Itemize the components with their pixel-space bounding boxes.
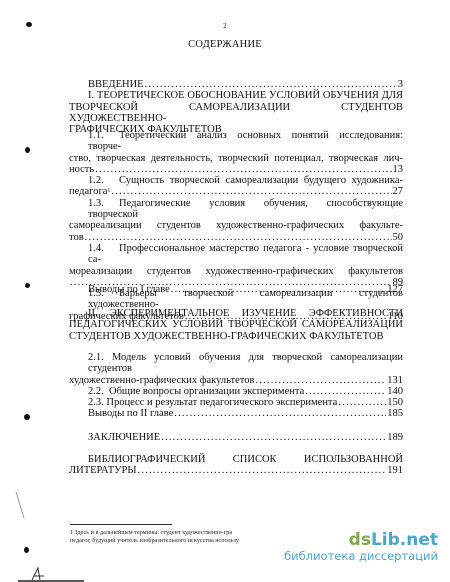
toc-entry-2-1-line1: 2.1. Модель условий обучения для творчес…: [69, 352, 403, 375]
scan-scribble-icon: [0, 492, 90, 582]
toc-entry-introduction: ВВЕДЕНИЕ3: [69, 79, 403, 90]
toc-entry-1-4-line2: мореализации студентов художественно-гра…: [69, 266, 403, 277]
footnote-line2: педагог, будущий учитель изобразительног…: [70, 537, 265, 545]
toc-block-conclusion: ЗАКЛЮЧЕНИЕ189: [69, 432, 403, 443]
page-ref: 3: [398, 79, 403, 90]
toc-block-chapter1-conclusions: Выводы по I главе127: [69, 284, 403, 295]
dslib-watermark: dsLib.net библиотека диссертаций: [284, 531, 438, 563]
toc-block-chapter2-heading: II. ЭКСПЕРИМЕНТАЛЬНОЕ ИЗУЧЕНИЕ ЭФФЕКТИВН…: [69, 308, 403, 342]
toc-entry-2-1-line2: художественно-графических факультетов131: [69, 375, 403, 386]
toc-block-chapter2-conclusions: Выводы по II главе185: [69, 408, 403, 419]
dslib-subtitle: библиотека диссертаций: [284, 549, 438, 563]
toc-block-bibliography: БИБЛИОГРАФИЧЕСКИЙ СПИСОК ИСПОЛЬЗОВАННОЙ …: [69, 454, 403, 477]
toc-entry-1-3-line2: самореализации студентов художественно-г…: [69, 220, 403, 231]
chapter1-heading-line1: I. ТЕОРЕТИЧЕСКОЕ ОБОСНОВАНИЕ УСЛОВИЙ ОБУ…: [69, 90, 403, 101]
scan-speck-icon: [24, 414, 30, 420]
dslib-logo: dsLib.net: [284, 531, 438, 549]
page-number: 2: [0, 22, 450, 30]
scan-speck-icon: [25, 147, 30, 153]
chapter1-heading-line2: ТВОРЧЕСКОЙ САМОРЕАЛИЗАЦИИ СТУДЕНТОВ ХУДО…: [69, 102, 403, 125]
toc-entry-1-4-line1: 1.4.Профессиональное мастерство педагога…: [69, 243, 403, 266]
toc-entry-1-1-line1: 1.1.Теоретический анализ основных поняти…: [69, 130, 403, 153]
toc-entry-2-3: 2.3. Процесс и результат педагогического…: [69, 397, 403, 408]
toc-block-chapter2: 2.1. Модель условий обучения для творчес…: [69, 352, 403, 408]
footnote-ref: 1: [107, 188, 110, 194]
toc-entry-1-2-line1: 1.2.Сущность творческой самореализации б…: [69, 175, 403, 186]
scan-speck-icon: [26, 22, 32, 27]
toc-entry-conclusion: ЗАКЛЮЧЕНИЕ189: [69, 432, 403, 443]
toc-entry-1-1-line2: ство, творческая деятельность, творчески…: [69, 153, 403, 164]
toc-entry-2-2: 2.2. Общие вопросы организации экспериме…: [69, 386, 403, 397]
chapter2-heading-line2: ПЕДАГОГИЧЕСКИХ УСЛОВИЙ ТВОРЧЕСКОЙ САМОРЕ…: [69, 319, 403, 330]
toc-entry-1-2-line2: педагога127: [69, 186, 403, 197]
toc-entry-chapter2-conclusions: Выводы по II главе185: [69, 408, 403, 419]
leader-dots: [145, 79, 397, 90]
scan-speck-icon: [25, 283, 30, 288]
toc-block-intro: ВВЕДЕНИЕ3 I. ТЕОРЕТИЧЕСКОЕ ОБОСНОВАНИЕ У…: [69, 79, 403, 135]
toc-entry-chapter1-conclusions: Выводы по I главе127: [69, 284, 403, 295]
footnote-line1: 1 Здесь и в дальнейшем термины: студент …: [70, 529, 265, 537]
toc-entry-1-3-line1: 1.3.Педагогические условия обучения, спо…: [69, 198, 403, 221]
toc-entry-bibliography-line1: БИБЛИОГРАФИЧЕСКИЙ СПИСОК ИСПОЛЬЗОВАННОЙ: [69, 454, 403, 465]
toc-entry-1-3-line3: тов50: [69, 232, 403, 243]
footnote: 1 Здесь и в дальнейшем термины: студент …: [70, 529, 265, 545]
page-title: СОДЕРЖАНИЕ: [0, 39, 450, 50]
toc-entry-1-1-line3: ность13: [69, 164, 403, 175]
toc-entry-bibliography-line2: ЛИТЕРАТУРЫ191: [69, 465, 403, 476]
chapter2-heading-line1: II. ЭКСПЕРИМЕНТАЛЬНОЕ ИЗУЧЕНИЕ ЭФФЕКТИВН…: [69, 308, 403, 319]
chapter2-heading-line3: СТУДЕНТОВ ХУДОЖЕСТВЕННО-ГРАФИЧЕСКИХ ФАКУ…: [69, 331, 403, 342]
